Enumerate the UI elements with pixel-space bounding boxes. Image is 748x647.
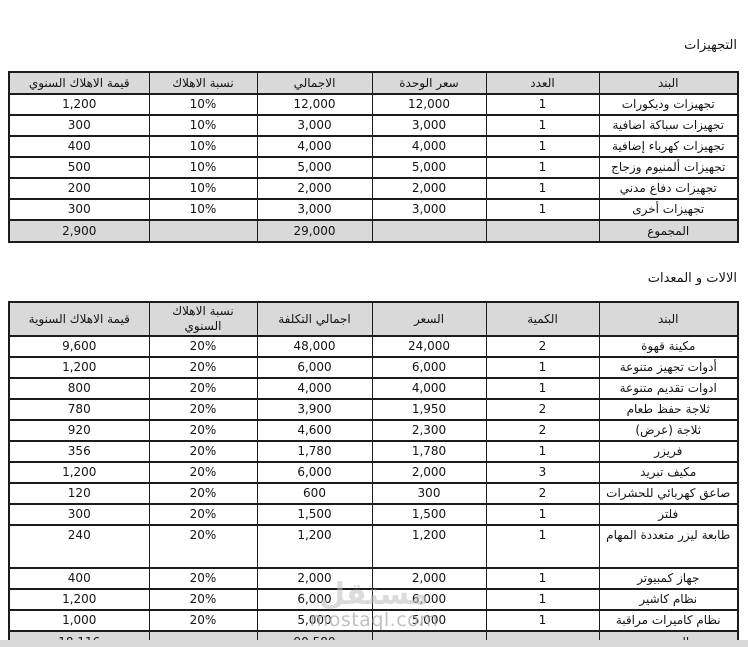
- value-cell: 20%: [149, 462, 257, 483]
- table-row: جهاز كمبيوتر12,0002,00020%400: [9, 568, 738, 589]
- section-machines: الالات و المعدات البندالكميةالسعراجمالي …: [9, 243, 739, 647]
- value-cell: 1,000: [9, 610, 149, 631]
- value-cell: 2: [486, 483, 599, 504]
- value-cell: 6,000: [257, 357, 372, 378]
- table-row: نظام كاميرات مراقبة15,0005,00020%1,000: [9, 610, 738, 631]
- table-row: ادوات تقديم متنوعة14,0004,00020%800: [9, 378, 738, 399]
- footer-strip: [0, 640, 748, 647]
- value-cell: 4,000: [257, 136, 372, 157]
- value-cell: 3,000: [372, 115, 486, 136]
- item-cell: ادوات تقديم متنوعة: [599, 378, 738, 399]
- value-cell: 20%: [149, 420, 257, 441]
- item-cell: تجهيزات أخرى: [599, 199, 738, 220]
- value-cell: 240: [9, 525, 149, 568]
- value-cell: 20%: [149, 483, 257, 504]
- item-cell: فلتر: [599, 504, 738, 525]
- value-cell: 1: [486, 94, 599, 115]
- table-row: تجهيزات كهرباء إضافية14,0004,00010%400: [9, 136, 738, 157]
- value-cell: 9,600: [9, 336, 149, 357]
- column-header: الاجمالي: [257, 72, 372, 94]
- value-cell: 300: [9, 199, 149, 220]
- value-cell: 1: [486, 136, 599, 157]
- table-row: نظام كاشير16,0006,00020%1,200: [9, 589, 738, 610]
- value-cell: 300: [9, 115, 149, 136]
- value-cell: 500: [9, 157, 149, 178]
- column-header: سعر الوحدة: [372, 72, 486, 94]
- section-title-fittings: التجهيزات: [9, 0, 737, 54]
- value-cell: 3: [486, 462, 599, 483]
- value-cell: 20%: [149, 441, 257, 462]
- value-cell: 20%: [149, 568, 257, 589]
- value-cell: 12,000: [257, 94, 372, 115]
- fittings-header-row: البندالعددسعر الوحدةالاجمالينسبة الاهلاك…: [9, 72, 738, 94]
- value-cell: 1,780: [372, 441, 486, 462]
- value-cell: 20%: [149, 399, 257, 420]
- value-cell: 356: [9, 441, 149, 462]
- value-cell: 800: [9, 378, 149, 399]
- value-cell: 10%: [149, 157, 257, 178]
- table-row: ثلاجة حفظ طعام21,9503,90020%780: [9, 399, 738, 420]
- value-cell: 20%: [149, 525, 257, 568]
- value-cell: 1,200: [9, 462, 149, 483]
- value-cell: 1,200: [9, 94, 149, 115]
- item-cell: تجهيزات دفاع مدني: [599, 178, 738, 199]
- value-cell: 1: [486, 589, 599, 610]
- item-cell: طابعة ليزر متعددة المهام: [599, 525, 738, 568]
- value-cell: 1,950: [372, 399, 486, 420]
- value-cell: 1,200: [9, 357, 149, 378]
- value-cell: 24,000: [372, 336, 486, 357]
- total-value-cell: [486, 220, 599, 242]
- value-cell: 20%: [149, 336, 257, 357]
- total-value-cell: [372, 220, 486, 242]
- value-cell: 4,000: [372, 378, 486, 399]
- value-cell: 1,500: [257, 504, 372, 525]
- column-header: اجمالي التكلفة: [257, 302, 372, 336]
- value-cell: 300: [372, 483, 486, 504]
- value-cell: 6,000: [372, 589, 486, 610]
- value-cell: 3,900: [257, 399, 372, 420]
- value-cell: 1,780: [257, 441, 372, 462]
- item-cell: ثلاجة (عرض): [599, 420, 738, 441]
- value-cell: 400: [9, 136, 149, 157]
- value-cell: 6,000: [257, 462, 372, 483]
- value-cell: 4,600: [257, 420, 372, 441]
- value-cell: 1,500: [372, 504, 486, 525]
- column-header: البند: [599, 302, 738, 336]
- column-header: قيمة الاهلاك السنوية: [9, 302, 149, 336]
- column-header: نسبة الاهلاك: [149, 72, 257, 94]
- value-cell: 1: [486, 610, 599, 631]
- value-cell: 10%: [149, 94, 257, 115]
- item-cell: مكيف تبريد: [599, 462, 738, 483]
- value-cell: 1: [486, 378, 599, 399]
- value-cell: 1: [486, 178, 599, 199]
- table-row: تجهيزات ألمنيوم وزجاج15,0005,00010%500: [9, 157, 738, 178]
- table-row: أدوات تجهيز متنوعة16,0006,00020%1,200: [9, 357, 738, 378]
- total-row: المجموع29,0002,900: [9, 220, 738, 242]
- value-cell: 20%: [149, 589, 257, 610]
- machines-table: البندالكميةالسعراجمالي التكلفةنسبة الاهل…: [8, 301, 739, 647]
- table-row: تجهيزات أخرى13,0003,00010%300: [9, 199, 738, 220]
- value-cell: 10%: [149, 178, 257, 199]
- value-cell: 300: [9, 504, 149, 525]
- document-content: التجهيزات البندالعددسعر الوحدةالاجمالينس…: [0, 0, 748, 647]
- column-header: البند: [599, 72, 738, 94]
- value-cell: 10%: [149, 199, 257, 220]
- item-cell: نظام كاميرات مراقبة: [599, 610, 738, 631]
- item-cell: نظام كاشير: [599, 589, 738, 610]
- total-label-cell: المجموع: [599, 220, 738, 242]
- table-row: تجهيزات وديكورات112,00012,00010%1,200: [9, 94, 738, 115]
- item-cell: صاعق كهربائي للحشرات: [599, 483, 738, 504]
- value-cell: 2,000: [257, 568, 372, 589]
- table-row: تجهيزات سباكة اضافية13,0003,00010%300: [9, 115, 738, 136]
- item-cell: فريزر: [599, 441, 738, 462]
- section-fittings: التجهيزات البندالعددسعر الوحدةالاجمالينس…: [9, 0, 739, 243]
- table-row: مكيف تبريد32,0006,00020%1,200: [9, 462, 738, 483]
- table-row: فلتر11,5001,50020%300: [9, 504, 738, 525]
- table-row: صاعق كهربائي للحشرات230060020%120: [9, 483, 738, 504]
- value-cell: 1: [486, 115, 599, 136]
- table-row: فريزر11,7801,78020%356: [9, 441, 738, 462]
- value-cell: 2,000: [372, 568, 486, 589]
- value-cell: 20%: [149, 504, 257, 525]
- value-cell: 2: [486, 336, 599, 357]
- value-cell: 4,000: [372, 136, 486, 157]
- item-cell: تجهيزات ألمنيوم وزجاج: [599, 157, 738, 178]
- fittings-table-body: تجهيزات وديكورات112,00012,00010%1,200تجه…: [9, 94, 738, 242]
- value-cell: 20%: [149, 378, 257, 399]
- item-cell: تجهيزات وديكورات: [599, 94, 738, 115]
- value-cell: 5,000: [372, 157, 486, 178]
- value-cell: 1: [486, 525, 599, 568]
- value-cell: 2: [486, 420, 599, 441]
- value-cell: 2,000: [372, 178, 486, 199]
- value-cell: 2: [486, 399, 599, 420]
- value-cell: 780: [9, 399, 149, 420]
- value-cell: 10%: [149, 136, 257, 157]
- value-cell: 600: [257, 483, 372, 504]
- total-value-cell: 2,900: [9, 220, 149, 242]
- value-cell: 1,200: [9, 589, 149, 610]
- section-title-machines: الالات و المعدات: [9, 243, 737, 287]
- item-cell: ثلاجة حفظ طعام: [599, 399, 738, 420]
- value-cell: 6,000: [372, 357, 486, 378]
- value-cell: 1: [486, 157, 599, 178]
- value-cell: 1,200: [372, 525, 486, 568]
- item-cell: تجهيزات سباكة اضافية: [599, 115, 738, 136]
- value-cell: 200: [9, 178, 149, 199]
- table-row: ثلاجة (عرض)22,3004,60020%920: [9, 420, 738, 441]
- value-cell: 2,000: [257, 178, 372, 199]
- fittings-table: البندالعددسعر الوحدةالاجمالينسبة الاهلاك…: [8, 71, 739, 243]
- machines-table-body: مكينة قهوة224,00048,00020%9,600أدوات تجه…: [9, 336, 738, 647]
- value-cell: 1: [486, 568, 599, 589]
- value-cell: 1: [486, 441, 599, 462]
- column-header: العدد: [486, 72, 599, 94]
- total-value-cell: [149, 220, 257, 242]
- value-cell: 2,000: [372, 462, 486, 483]
- value-cell: 5,000: [257, 157, 372, 178]
- value-cell: 20%: [149, 610, 257, 631]
- column-header: قيمة الاهلاك السنوي: [9, 72, 149, 94]
- value-cell: 400: [9, 568, 149, 589]
- value-cell: 5,000: [257, 610, 372, 631]
- table-row: تجهيزات دفاع مدني12,0002,00010%200: [9, 178, 738, 199]
- column-header: السعر: [372, 302, 486, 336]
- item-cell: جهاز كمبيوتر: [599, 568, 738, 589]
- column-header: نسبة الاهلاك السنوي: [149, 302, 257, 336]
- item-cell: أدوات تجهيز متنوعة: [599, 357, 738, 378]
- value-cell: 4,000: [257, 378, 372, 399]
- item-cell: تجهيزات كهرباء إضافية: [599, 136, 738, 157]
- value-cell: 12,000: [372, 94, 486, 115]
- value-cell: 20%: [149, 357, 257, 378]
- value-cell: 10%: [149, 115, 257, 136]
- value-cell: 5,000: [372, 610, 486, 631]
- value-cell: 1,200: [257, 525, 372, 568]
- value-cell: 1: [486, 357, 599, 378]
- value-cell: 2,300: [372, 420, 486, 441]
- table-row: طابعة ليزر متعددة المهام11,2001,20020%24…: [9, 525, 738, 568]
- value-cell: 3,000: [257, 115, 372, 136]
- value-cell: 120: [9, 483, 149, 504]
- value-cell: 6,000: [257, 589, 372, 610]
- column-header: الكمية: [486, 302, 599, 336]
- value-cell: 48,000: [257, 336, 372, 357]
- value-cell: 3,000: [372, 199, 486, 220]
- value-cell: 920: [9, 420, 149, 441]
- value-cell: 1: [486, 199, 599, 220]
- value-cell: 1: [486, 504, 599, 525]
- machines-header-row: البندالكميةالسعراجمالي التكلفةنسبة الاهل…: [9, 302, 738, 336]
- document-page: التجهيزات البندالعددسعر الوحدةالاجمالينس…: [0, 0, 748, 647]
- item-cell: مكينة قهوة: [599, 336, 738, 357]
- total-value-cell: 29,000: [257, 220, 372, 242]
- value-cell: 3,000: [257, 199, 372, 220]
- table-row: مكينة قهوة224,00048,00020%9,600: [9, 336, 738, 357]
